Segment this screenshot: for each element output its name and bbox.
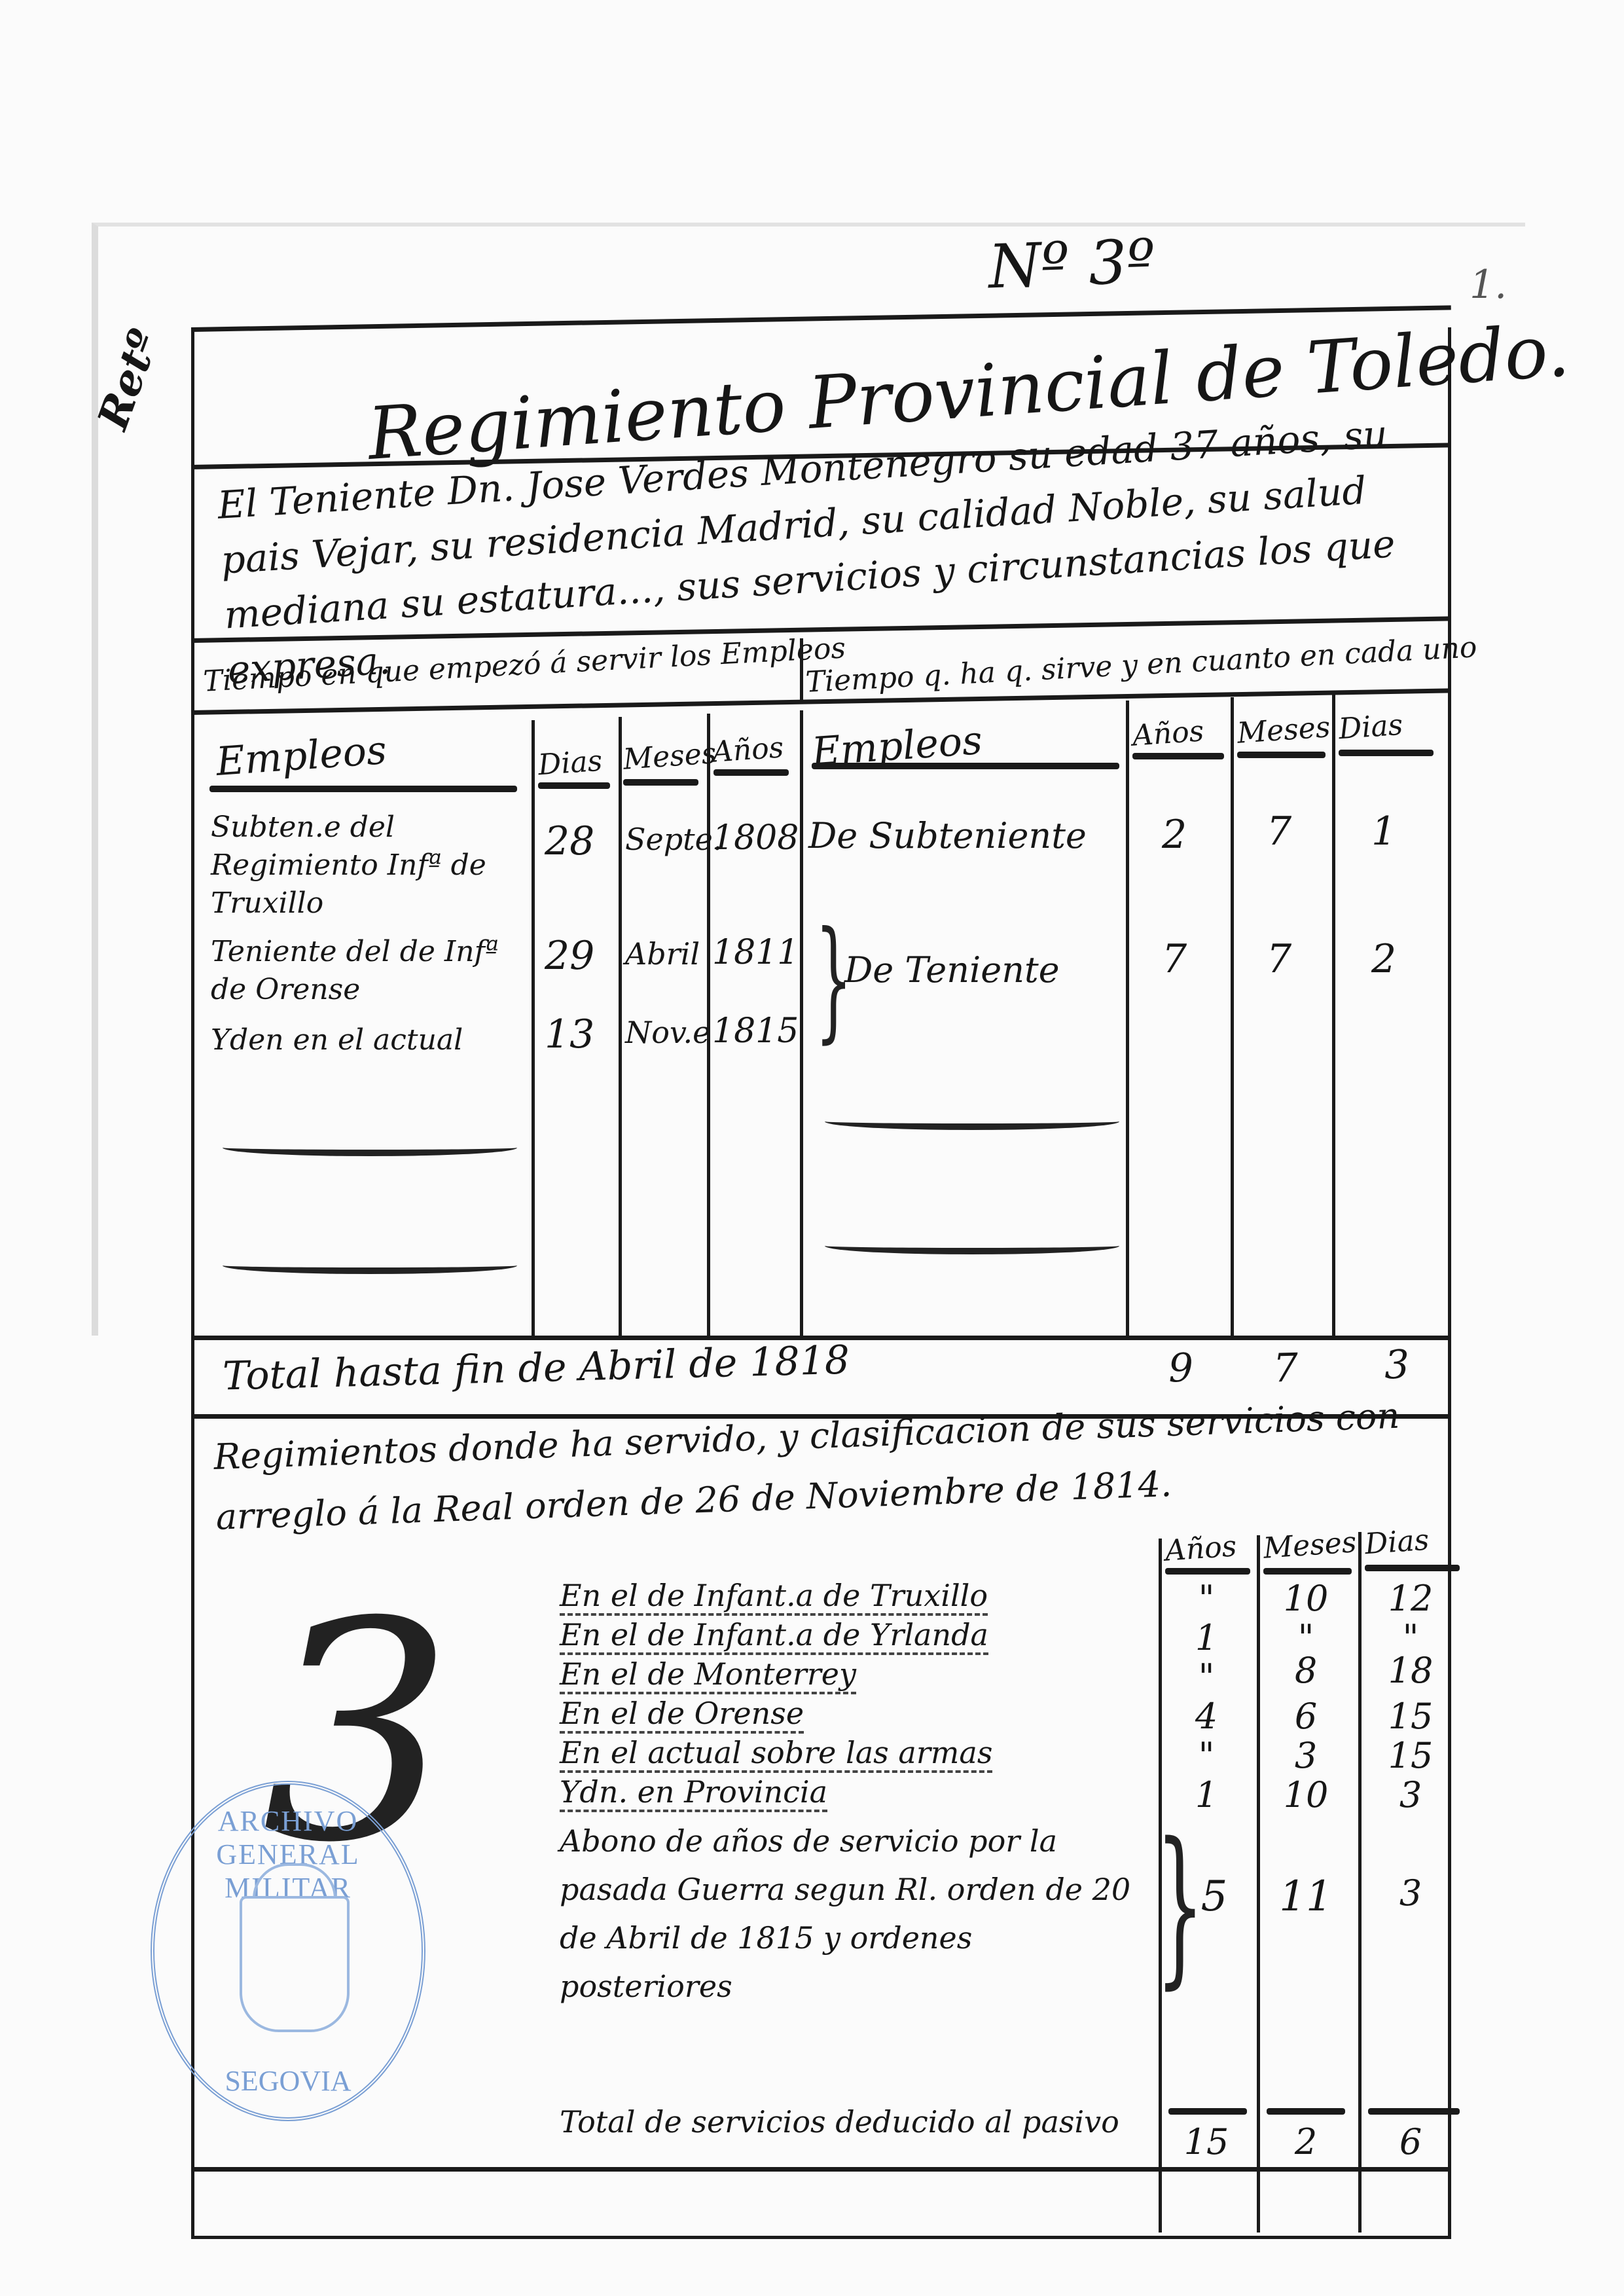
header-meses: Meses bbox=[622, 737, 717, 776]
col-line bbox=[1126, 701, 1129, 1336]
total-underline bbox=[1267, 2108, 1345, 2115]
page-number-mark: Nº 3º bbox=[987, 227, 1156, 302]
header-underline bbox=[1365, 1565, 1460, 1571]
service-total-label: Total de servicios deducido al pasivo bbox=[560, 2104, 1119, 2140]
header-underline bbox=[1132, 753, 1224, 759]
total-dias: 3 bbox=[1384, 1342, 1410, 1389]
cancel-stroke bbox=[825, 1237, 1119, 1254]
service-meses: 8 bbox=[1263, 1650, 1348, 1691]
header-dias-servidos: Dias bbox=[1337, 708, 1403, 746]
header-underline bbox=[623, 779, 698, 786]
col-line bbox=[800, 710, 803, 1336]
service-label: En el de Infant.a de Yrlanda bbox=[560, 1617, 988, 1655]
service-row: En el de Orense bbox=[560, 1696, 804, 1734]
header-meses-servidos: Meses bbox=[1236, 710, 1331, 750]
service-total-dias: 6 bbox=[1368, 2121, 1453, 2162]
row2-anios: 7 bbox=[1162, 936, 1187, 982]
corner-mark: 1. bbox=[1470, 262, 1507, 308]
service-dias: 3 bbox=[1368, 1872, 1453, 1914]
service-row: En el actual sobre las armas bbox=[560, 1735, 992, 1773]
service-anios: 5 bbox=[1172, 1872, 1257, 1921]
cancel-stroke bbox=[825, 1113, 1119, 1130]
service-meses: 10 bbox=[1263, 1578, 1348, 1619]
cancel-stroke bbox=[223, 1139, 517, 1156]
row1-anio: 1808 bbox=[712, 818, 799, 858]
row1-empleo-servido: De Subteniente bbox=[808, 815, 1087, 856]
service-dias: 15 bbox=[1368, 1696, 1453, 1737]
header-underline bbox=[1263, 1568, 1352, 1575]
service-meses: 6 bbox=[1263, 1696, 1348, 1737]
service-dias: 18 bbox=[1368, 1650, 1453, 1691]
total-meses: 7 bbox=[1272, 1345, 1299, 1392]
row3-empleo: Yden en el actual bbox=[211, 1021, 525, 1059]
header-underline bbox=[1339, 750, 1434, 756]
header-underline bbox=[713, 769, 789, 776]
service-anios: " bbox=[1164, 1735, 1249, 1776]
service-dias: 15 bbox=[1368, 1735, 1453, 1776]
row1-empleo: Subten.e del Regimiento Infª de Truxillo bbox=[211, 809, 525, 922]
service-dias: 3 bbox=[1368, 1774, 1453, 1815]
total-anios: 9 bbox=[1168, 1345, 1194, 1392]
col-line bbox=[1332, 694, 1335, 1336]
col-line bbox=[1231, 697, 1234, 1336]
row2-dias: 2 bbox=[1371, 936, 1396, 982]
header-underline bbox=[1165, 1568, 1250, 1575]
row3-anio: 1815 bbox=[712, 1011, 799, 1051]
header-anos: Años bbox=[711, 731, 784, 769]
archive-stamp: ARCHIVO GENERAL MILITAR SEGOVIA bbox=[151, 1781, 425, 2121]
col-line bbox=[532, 720, 535, 1336]
service-label: En el de Orense bbox=[560, 1696, 804, 1734]
srv-header-dias: Dias bbox=[1363, 1523, 1430, 1561]
service-meses: 11 bbox=[1263, 1872, 1348, 1921]
row2-empleo-servido: De Teniente bbox=[844, 949, 1060, 991]
row2-empleo: Teniente del de Infª de Orense bbox=[211, 933, 525, 1009]
service-meses: 10 bbox=[1263, 1774, 1348, 1815]
row2-anio: 1811 bbox=[712, 933, 799, 972]
service-row-abono: Abono de años de servicio por la pasada … bbox=[560, 1817, 1149, 2011]
subhead-divider bbox=[800, 638, 803, 701]
service-label: En el actual sobre las armas bbox=[560, 1735, 992, 1773]
col-line bbox=[619, 717, 622, 1336]
service-total-row: Total de servicios deducido al pasivo bbox=[560, 2102, 1136, 2142]
service-row: En el de Infant.a de Truxillo bbox=[560, 1578, 988, 1616]
service-anios: " bbox=[1164, 1578, 1249, 1619]
row2-dia: 29 bbox=[545, 933, 594, 979]
service-label: Abono de años de servicio por la pasada … bbox=[560, 1823, 1130, 2004]
header-underline bbox=[538, 782, 610, 789]
header-underline bbox=[812, 763, 1119, 769]
row1-dias: 1 bbox=[1371, 809, 1396, 854]
row2-meses: 7 bbox=[1267, 936, 1291, 982]
col-line bbox=[1257, 1535, 1260, 2232]
service-label: En el de Monterrey bbox=[560, 1656, 856, 1694]
rule-bottom bbox=[191, 2167, 1451, 2172]
header-dias: Dias bbox=[537, 744, 603, 782]
col-line bbox=[1358, 1532, 1362, 2232]
service-row: En el de Infant.a de Yrlanda bbox=[560, 1617, 988, 1655]
total-underline bbox=[1168, 2108, 1247, 2115]
service-anios: " bbox=[1164, 1656, 1249, 1698]
row1-anios: 2 bbox=[1162, 812, 1187, 858]
row2-mes: Abril bbox=[625, 936, 700, 972]
cancel-stroke bbox=[223, 1257, 517, 1274]
service-anios: 4 bbox=[1164, 1696, 1249, 1737]
row1-mes: Septe. bbox=[625, 822, 723, 857]
total-underline bbox=[1368, 2108, 1460, 2115]
service-dias: 12 bbox=[1368, 1578, 1453, 1619]
srv-header-meses: Meses bbox=[1262, 1525, 1358, 1565]
stamp-city: SEGOVIA bbox=[154, 2064, 422, 2098]
service-label: En el de Infant.a de Truxillo bbox=[560, 1578, 988, 1616]
service-total-anios: 15 bbox=[1164, 2121, 1249, 2162]
service-row: En el de Monterrey bbox=[560, 1656, 856, 1694]
row3-mes: Nov.e bbox=[625, 1015, 710, 1050]
service-total-meses: 2 bbox=[1263, 2121, 1348, 2162]
row3-dia: 13 bbox=[545, 1011, 594, 1057]
header-underline bbox=[209, 786, 517, 792]
service-meses: 3 bbox=[1263, 1735, 1348, 1776]
row1-meses: 7 bbox=[1267, 809, 1291, 854]
row1-dia: 28 bbox=[545, 818, 594, 864]
srv-header-anos: Años bbox=[1164, 1529, 1237, 1567]
service-row: Ydn. en Provincia bbox=[560, 1774, 827, 1812]
header-anos-servidos: Años bbox=[1131, 714, 1204, 752]
coat-of-arms-icon bbox=[240, 1896, 350, 2032]
header-underline bbox=[1237, 752, 1326, 758]
service-anios: 1 bbox=[1164, 1617, 1249, 1658]
service-label: Ydn. en Provincia bbox=[560, 1774, 827, 1812]
